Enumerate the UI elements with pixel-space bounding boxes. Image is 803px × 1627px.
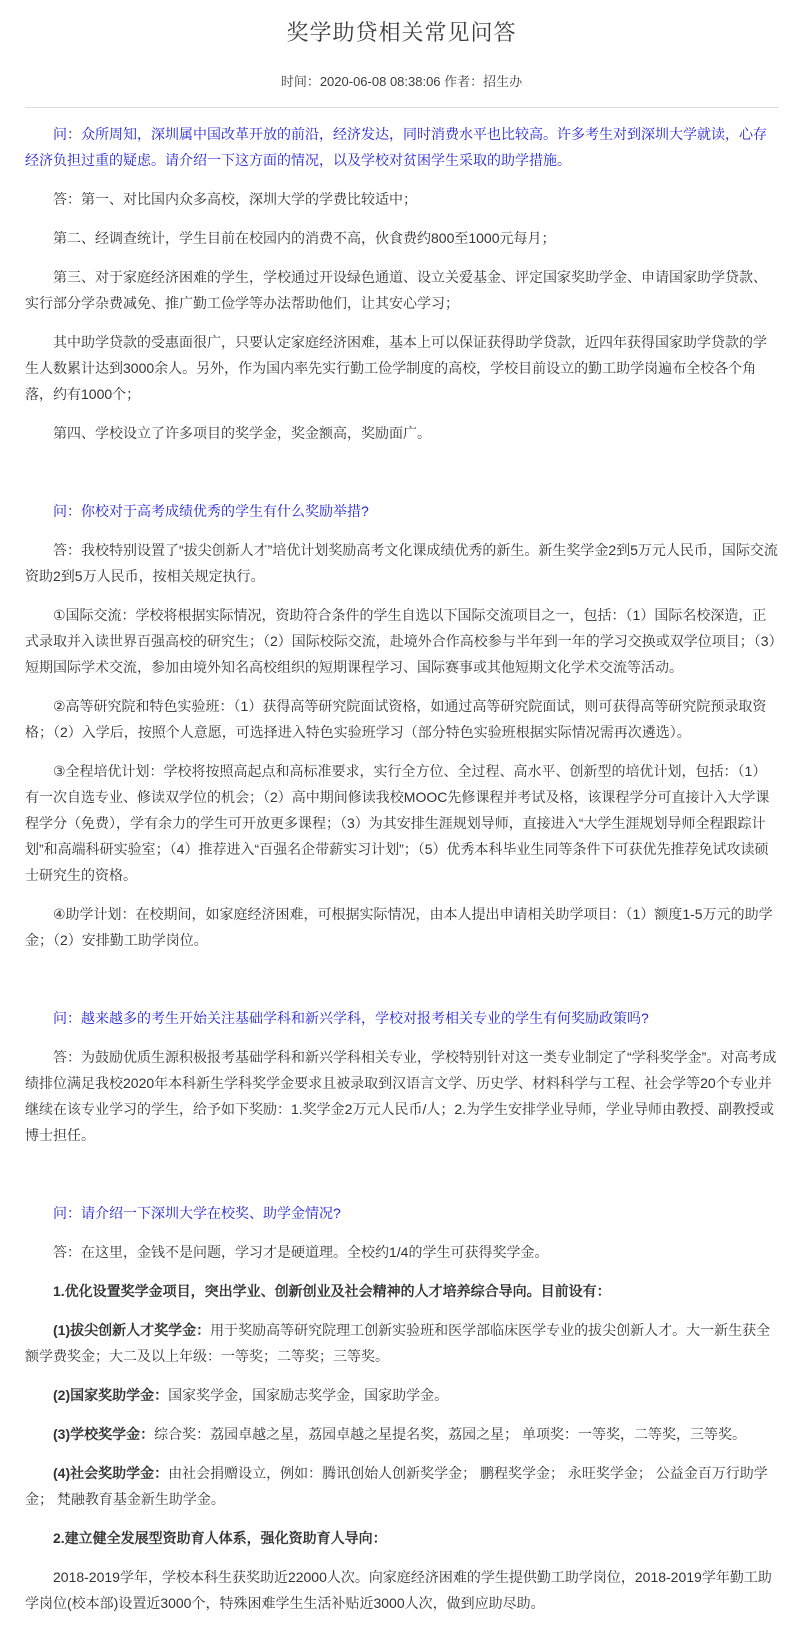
section-heading: 2.建立健全发展型资助育人体系，强化资助育人导向：: [25, 1525, 778, 1551]
scholarship-item: (1)拔尖创新人才奖学金：用于奖励高等研究院理工创新实验班和医学部临床医学专业的…: [25, 1317, 778, 1369]
answer-paragraph: 答：为鼓励优质生源积极报考基础学科和新兴学科相关专业，学校特别针对这一类专业制定…: [25, 1044, 778, 1148]
answer-paragraph: 答：第一、对比国内众多高校，深圳大学的学费比较适中；: [25, 186, 778, 212]
scholarship-item-text: 综合奖：荔园卓越之星，荔园卓越之星提名奖，荔园之星； 单项奖：一等奖，二等奖，三…: [154, 1426, 746, 1442]
answer-paragraph: ④助学计划：在校期间，如家庭经济困难，可根据实际情况，由本人提出申请相关助学项目…: [25, 901, 778, 953]
answer-paragraph: 第二、经调查统计，学生目前在校园内的消费不高，伙食费约800至1000元每月；: [25, 225, 778, 251]
answer-paragraph: ③全程培优计划：学校将按照高起点和高标准要求，实行全方位、全过程、高水平、创新型…: [25, 758, 778, 888]
section-heading: 1.优化设置奖学金项目，突出学业、创新创业及社会精神的人才培养综合导向。目前设有…: [25, 1278, 778, 1304]
answer-paragraph: 其中助学贷款的受惠面很广，只要认定家庭经济困难，基本上可以保证获得助学贷款，近四…: [25, 329, 778, 407]
article-container: 奖学助贷相关常见问答 时间：2020-06-08 08:38:06 作者：招生办…: [0, 16, 803, 1616]
answer-paragraph: 2018-2019学年，学校本科生获奖助近22000人次。向家庭经济困难的学生提…: [25, 1564, 778, 1616]
scholarship-item-label: (4)社会奖助学金：: [53, 1465, 168, 1481]
scholarship-item-label: (3)学校奖学金：: [53, 1426, 154, 1442]
answer-paragraph: 答：我校特别设置了“拔尖创新人才”培优计划奖励高考文化课成绩优秀的新生。新生奖学…: [25, 537, 778, 589]
question-paragraph: 问：你校对于高考成绩优秀的学生有什么奖励举措?: [25, 498, 778, 524]
answer-paragraph: 答：在这里，金钱不是问题，学习才是硬道理。全校约1/4的学生可获得奖学金。: [25, 1239, 778, 1265]
question-paragraph: 问：众所周知，深圳属中国改革开放的前沿，经济发达，同时消费水平也比较高。许多考生…: [25, 121, 778, 173]
scholarship-item-text: 国家奖学金，国家励志奖学金，国家助学金。: [168, 1387, 448, 1403]
header-divider: [25, 107, 778, 108]
scholarship-item: (2)国家奖助学金：国家奖学金，国家励志奖学金，国家助学金。: [25, 1382, 778, 1408]
scholarship-item-label: (1)拔尖创新人才奖学金：: [53, 1322, 210, 1338]
answer-paragraph: 第四、学校设立了许多项目的奖学金，奖金额高，奖励面广。: [25, 420, 778, 446]
article-meta: 时间：2020-06-08 08:38:06 作者：招生办: [25, 71, 778, 90]
scholarship-item-label: (2)国家奖助学金：: [53, 1387, 168, 1403]
scholarship-item: (3)学校奖学金：综合奖：荔园卓越之星，荔园卓越之星提名奖，荔园之星； 单项奖：…: [25, 1421, 778, 1447]
question-paragraph: 问：越来越多的考生开始关注基础学科和新兴学科，学校对报考相关专业的学生有何奖励政…: [25, 1005, 778, 1031]
answer-paragraph: 第三、对于家庭经济困难的学生，学校通过开设绿色通道、设立关爱基金、评定国家奖助学…: [25, 264, 778, 316]
question-paragraph: 问：请介绍一下深圳大学在校奖、助学金情况?: [25, 1200, 778, 1226]
answer-paragraph: ①国际交流：学校将根据实际情况，资助符合条件的学生自选以下国际交流项目之一，包括…: [25, 602, 778, 680]
page-title: 奖学助贷相关常见问答: [25, 16, 778, 47]
answer-paragraph: ②高等研究院和特色实验班：（1）获得高等研究院面试资格，如通过高等研究院面试，则…: [25, 693, 778, 745]
scholarship-item: (4)社会奖助学金：由社会捐赠设立，例如：腾讯创始人创新奖学金； 鹏程奖学金； …: [25, 1460, 778, 1512]
